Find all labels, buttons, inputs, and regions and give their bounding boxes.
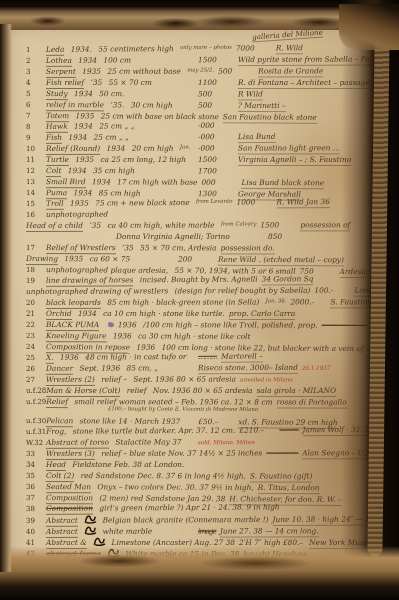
entry-title: Orchid: [46, 309, 72, 320]
entry-price: 1000: [236, 196, 270, 207]
entry-title: Colt: [46, 166, 61, 177]
entry-lead: unphotographed drawing of wrestlers (des…: [26, 285, 314, 297]
entry-price: -000: [198, 131, 232, 142]
entry-title: Wrestlers (2): [46, 375, 95, 386]
entry-owner-note: S. Faustino (gift): [250, 470, 313, 482]
entry-date: 1935: [64, 254, 83, 263]
entry-lead: Colt 1934 35 cm high: [46, 165, 198, 176]
entry-description: 55 centimeters high: [98, 44, 173, 53]
entry-title: Relief: [46, 397, 68, 408]
entry-description: 85 cm high · black-green stone (in Sella…: [107, 298, 259, 307]
entry-description: 50 cm.: [99, 89, 124, 98]
entry-owner-note: San Faustino light green …: [238, 142, 340, 154]
entry-lead: BLACK PUMA 1936 /100 cm high – stone lik…: [46, 319, 322, 331]
entry-date: 1934: [78, 56, 97, 65]
entry-description: 25 cm without base: [107, 67, 181, 76]
entry-lead: Kneeling Figure 1936 ca 30 cm high · sto…: [46, 330, 254, 342]
entry-owner-note: R. Titus, London: [258, 482, 320, 494]
entry-lead: Seated Man Onyx – two colors Dec. 30. 37…: [46, 481, 258, 493]
entry-price: 850: [268, 231, 302, 242]
entry-description: 55 × 70 cm, Ardesia: [140, 243, 216, 252]
entry-date: 1934: [74, 89, 93, 98]
entry-description: relief – blue slate Nov. 37 14½ × 25 inc…: [101, 449, 262, 458]
entry-description: 17 cm high with base: [117, 177, 197, 186]
entry-insertion: Jan.: [180, 144, 191, 150]
entry-lead: Wrestlers (2) relief – Sept. 1936 80 × 6…: [46, 374, 240, 385]
entry-title: Colt (2): [46, 471, 74, 482]
entry-lead: Abstract of torso Stalactite May 37: [46, 436, 198, 448]
entry-description: 75 cm + new black stone: [95, 198, 189, 208]
entry-lead: Fish 1934 25 cm „ „: [46, 131, 198, 143]
entry-description: white marble: [103, 527, 153, 536]
entry-date: 1934: [107, 144, 126, 153]
entry-price: 200: [178, 254, 212, 265]
entry-date: 1934: [78, 309, 97, 318]
entry-date: ’35.: [110, 100, 124, 109]
entry-price: 1500: [198, 154, 232, 165]
entry-price: 1100: [198, 77, 232, 88]
entry-description: Donna Virginia Agnelli; Torino: [116, 232, 230, 241]
entry-owner-note: Lisa Bund: [238, 131, 276, 143]
entry-title: Fish relief: [46, 78, 84, 89]
ink-sketch-icon: [93, 536, 106, 546]
entry-lead: Turtle 1935 ca 25 cm long, 12 high: [46, 154, 198, 165]
ink-sketch-icon: [84, 514, 97, 524]
entry-description: 48 cm high · in cast tufo or: [85, 352, 186, 362]
entry-owner-note: prop. Carlo Carra: [229, 308, 295, 320]
entry-date: 1935: [76, 111, 95, 120]
entry-lead: Man & Horse (Colt) relief Nov. 1936 80 ×…: [46, 385, 256, 396]
entry-description: 20 cm high: [132, 144, 174, 153]
entry-price: 500: [218, 66, 252, 77]
entry-price: 1500: [198, 54, 232, 65]
entry-insertion: £100.– bought by Conte E. Visconti di Mo…: [108, 406, 258, 413]
entry-description: Onyx – two colors Dec. 30. 37 9½ in high…: [97, 482, 253, 492]
entry-title: Study: [46, 89, 68, 100]
ink-sketch-icon: [84, 525, 97, 535]
entry-date: 1936: [60, 353, 79, 362]
entry-title: Small Bird: [46, 177, 86, 188]
entry-price: -000: [198, 120, 232, 131]
entry-lead: Donna Virginia Agnelli; Torino: [116, 231, 268, 242]
entry-owner-note: R. Wild: [276, 42, 303, 54]
entry-description: 100 cm: [103, 56, 131, 65]
entry-date: 1934: [92, 177, 111, 186]
entry-title: Fish: [46, 133, 62, 144]
entry-struck-text: —————: [266, 447, 298, 458]
entry-lead: Frog, stone like turtle but darker. Apr.…: [46, 425, 239, 437]
entry-title: Head of a child: [26, 221, 83, 232]
entry-description: ca 25 cm long, 12 high: [100, 155, 186, 164]
book-bottom-edge: [0, 546, 399, 600]
entry-date: 1934: [73, 188, 92, 197]
entry-insertion: may 25/2.: [187, 67, 214, 73]
entry-price: -000: [198, 143, 232, 154]
entry-description: 55 × 70 cm: [109, 78, 152, 87]
entry-title: Turtle: [46, 155, 69, 166]
entry-date: 1935: [70, 199, 89, 208]
entry-date: ’35: [89, 221, 101, 230]
entry-description: 35 cm high: [93, 166, 135, 175]
entry-lead: unphotographed: [46, 208, 198, 220]
entry-title: Frog,: [46, 427, 66, 437]
entry-lead: Relief of Wrestlers ’35 55 × 70 cm, Arde…: [46, 242, 221, 253]
entry-title: Seated Man: [46, 482, 91, 493]
entry-date: 1935: [75, 155, 94, 164]
entry-title: Wrestlers (3): [46, 449, 95, 460]
entry-description: /100 cm high – stone like Troll, polishe…: [143, 320, 318, 329]
entry-title: Head: [46, 460, 66, 471]
entry-date: 1934: [68, 166, 87, 175]
entry-description: Belgian black granite (Connemara marble …: [103, 515, 269, 525]
book-left-edge: [0, 24, 12, 572]
entry-description: 25 cm „ „: [94, 133, 129, 142]
entry-title: Troll: [46, 199, 64, 210]
entry-title: unphotographed: [46, 210, 108, 220]
entry-insertion: Jan. 36.: [266, 298, 287, 304]
entry-lead: Dancer Sept. 1936 85 cm, „: [46, 362, 198, 374]
entry-owner-note: possession do.: [221, 242, 275, 254]
entry-date: 1934.: [71, 45, 92, 54]
entry-title: Relief (Round): [46, 144, 100, 155]
entry-lead: Lothea 1934 100 cm: [46, 54, 198, 66]
entry-description: Sept. 1936 80 × 65 ardesia: [133, 375, 236, 384]
entry-owner-note: Virginia Agnelli – ; S. Faustino: [238, 154, 351, 166]
entry-title: Abstract of torso: [46, 438, 109, 449]
entry-title: X.: [46, 353, 54, 364]
entry-description: ca 40 cm high, white marble: [107, 221, 214, 230]
entry-lead: Colt (2) red Sandstone Dec. 8. 37 6 in l…: [46, 470, 250, 481]
entry-date: 1936: [118, 320, 137, 329]
entry-lead: Fish relief ’35 55 × 70 cm: [46, 77, 198, 88]
entry-owner-note: Riseco stone. 3000– Island: [198, 362, 298, 374]
entry-lead: Study 1934 50 cm.: [46, 88, 198, 99]
entry-title: Serpent: [46, 67, 76, 78]
entry-description: Fieldstone Feb. 38 at London.: [72, 460, 184, 469]
entry-date: relief –: [101, 375, 127, 384]
entry-insertion: from Calvary: [221, 221, 257, 227]
entry-title: black leopards: [46, 298, 101, 309]
entry-insertion: only mare – photos: [180, 44, 232, 50]
entry-price: £210.–: [239, 424, 273, 435]
entry-owner-note: R. Wild Jan 36: [276, 196, 329, 208]
entry-owner-note: Martorell –: [221, 351, 263, 363]
entry-description: ca 10 cm high · stone like turtle.: [103, 309, 225, 318]
entry-price: 1700: [198, 165, 232, 176]
entry-date: relief: [127, 386, 147, 395]
entry-description: 30 cm high: [131, 100, 173, 109]
entry-description: incised. Bought by Mrs. Agnelli: [140, 275, 258, 285]
entry-lead: Orchid 1934 ca 10 cm high · stone like t…: [46, 308, 229, 319]
entry-title: Dancer: [46, 364, 73, 375]
entry-lead: Wrestlers (3) relief – blue slate Nov. 3…: [46, 447, 266, 458]
entry-title: Lothea: [46, 56, 72, 67]
entry-struck-text: ………: [198, 351, 217, 362]
entry-description: 85 cm, „: [126, 363, 157, 372]
entry-title: unphotographed drawing of wrestlers: [26, 286, 168, 296]
entry-owner-note: ? Marinetti –: [238, 100, 286, 112]
entry-lead: line drawings of horses incised. Bought …: [46, 274, 262, 286]
entry-price: 1500: [260, 219, 294, 230]
entry-struck-text: ———: [279, 424, 298, 435]
entry-title: Relief of Wrestlers: [46, 243, 116, 254]
entry-date: 1934: [74, 122, 93, 131]
entry-date: 1936: [113, 331, 132, 340]
entry-lead: Head Fieldstone Feb. 38 at London.: [46, 459, 198, 470]
entry-date: 1934: [68, 133, 87, 142]
entry-description: (design for relief bought by Sabella): [175, 286, 311, 296]
entry-date: Sept. 1936: [79, 364, 120, 373]
entry-lead: X. 1936 48 cm high · in cast tufo or: [46, 351, 198, 363]
entry-date: ’35: [91, 78, 103, 87]
entry-price: 2000.-: [290, 296, 324, 307]
book-corner: [339, 4, 399, 50]
entry-lead: Composition girl’s green (marble ?) Apr …: [46, 501, 284, 513]
entry-lead: Drawing 1935 ca 60 × 75: [26, 253, 178, 265]
entry-price: 500: [198, 88, 232, 99]
entry-description: 25 cm „ „: [99, 121, 134, 130]
entry-price: 500: [198, 100, 232, 111]
entry-description: girl’s green (marble ?) Apr 21 · 24. 38.…: [99, 502, 279, 512]
entry-description: ca 60 × 75: [90, 254, 131, 263]
notebook-photo: galleria del Milione 1 Leda 1934. 55 cen…: [0, 0, 399, 600]
entry-lead: Hawk 1934 25 cm „ „: [46, 120, 198, 132]
entry-lead: relief in marble ’35. 30 cm high: [46, 99, 198, 111]
entry-lead: Small Bird 1934 17 cm high with base: [46, 176, 201, 188]
entry-title: Man & Horse (Colt): [46, 386, 120, 397]
entry-price: 7000: [236, 42, 270, 53]
entry-description: small relief woman seated – Feb. 1936 ca…: [74, 397, 272, 406]
entry-title: BLACK PUMA: [46, 320, 99, 331]
entry-owner-note: sala girola · MILANO: [257, 385, 336, 397]
entry-owner-note: R Wild: [238, 88, 263, 100]
entry-description: Stalactite May 37: [115, 437, 181, 446]
entry-description: stone like turtle but darker. Apr. 37. 1…: [73, 426, 236, 436]
entry-date: 1935: [82, 67, 101, 76]
entry-owner-note: 34 Gordon Sq: [262, 273, 314, 285]
ink-blot: [108, 322, 114, 327]
entry-owner-note: Lisa Bund black stone: [241, 177, 324, 189]
entry-description: ca 30 cm high · stone like colt: [138, 331, 250, 340]
entry-date: ’35: [122, 243, 134, 252]
entry-title: Hawk: [46, 122, 68, 133]
entry-description: Nov. 1936 80 × 65 ardesia: [153, 386, 253, 395]
entry-owner-note: Rosita de Grande: [258, 65, 323, 77]
entry-title: Leda: [46, 45, 64, 56]
entry-price: 000: [201, 177, 235, 188]
entry-description: red Sandstone Dec. 8. 37 6 in long 4½ hi…: [81, 471, 246, 480]
entry-struck-text: image: [198, 526, 216, 537]
entry-insertion: from Levanto: [196, 198, 233, 204]
entry-owner-note: rosso di Portogallo: [276, 397, 346, 409]
